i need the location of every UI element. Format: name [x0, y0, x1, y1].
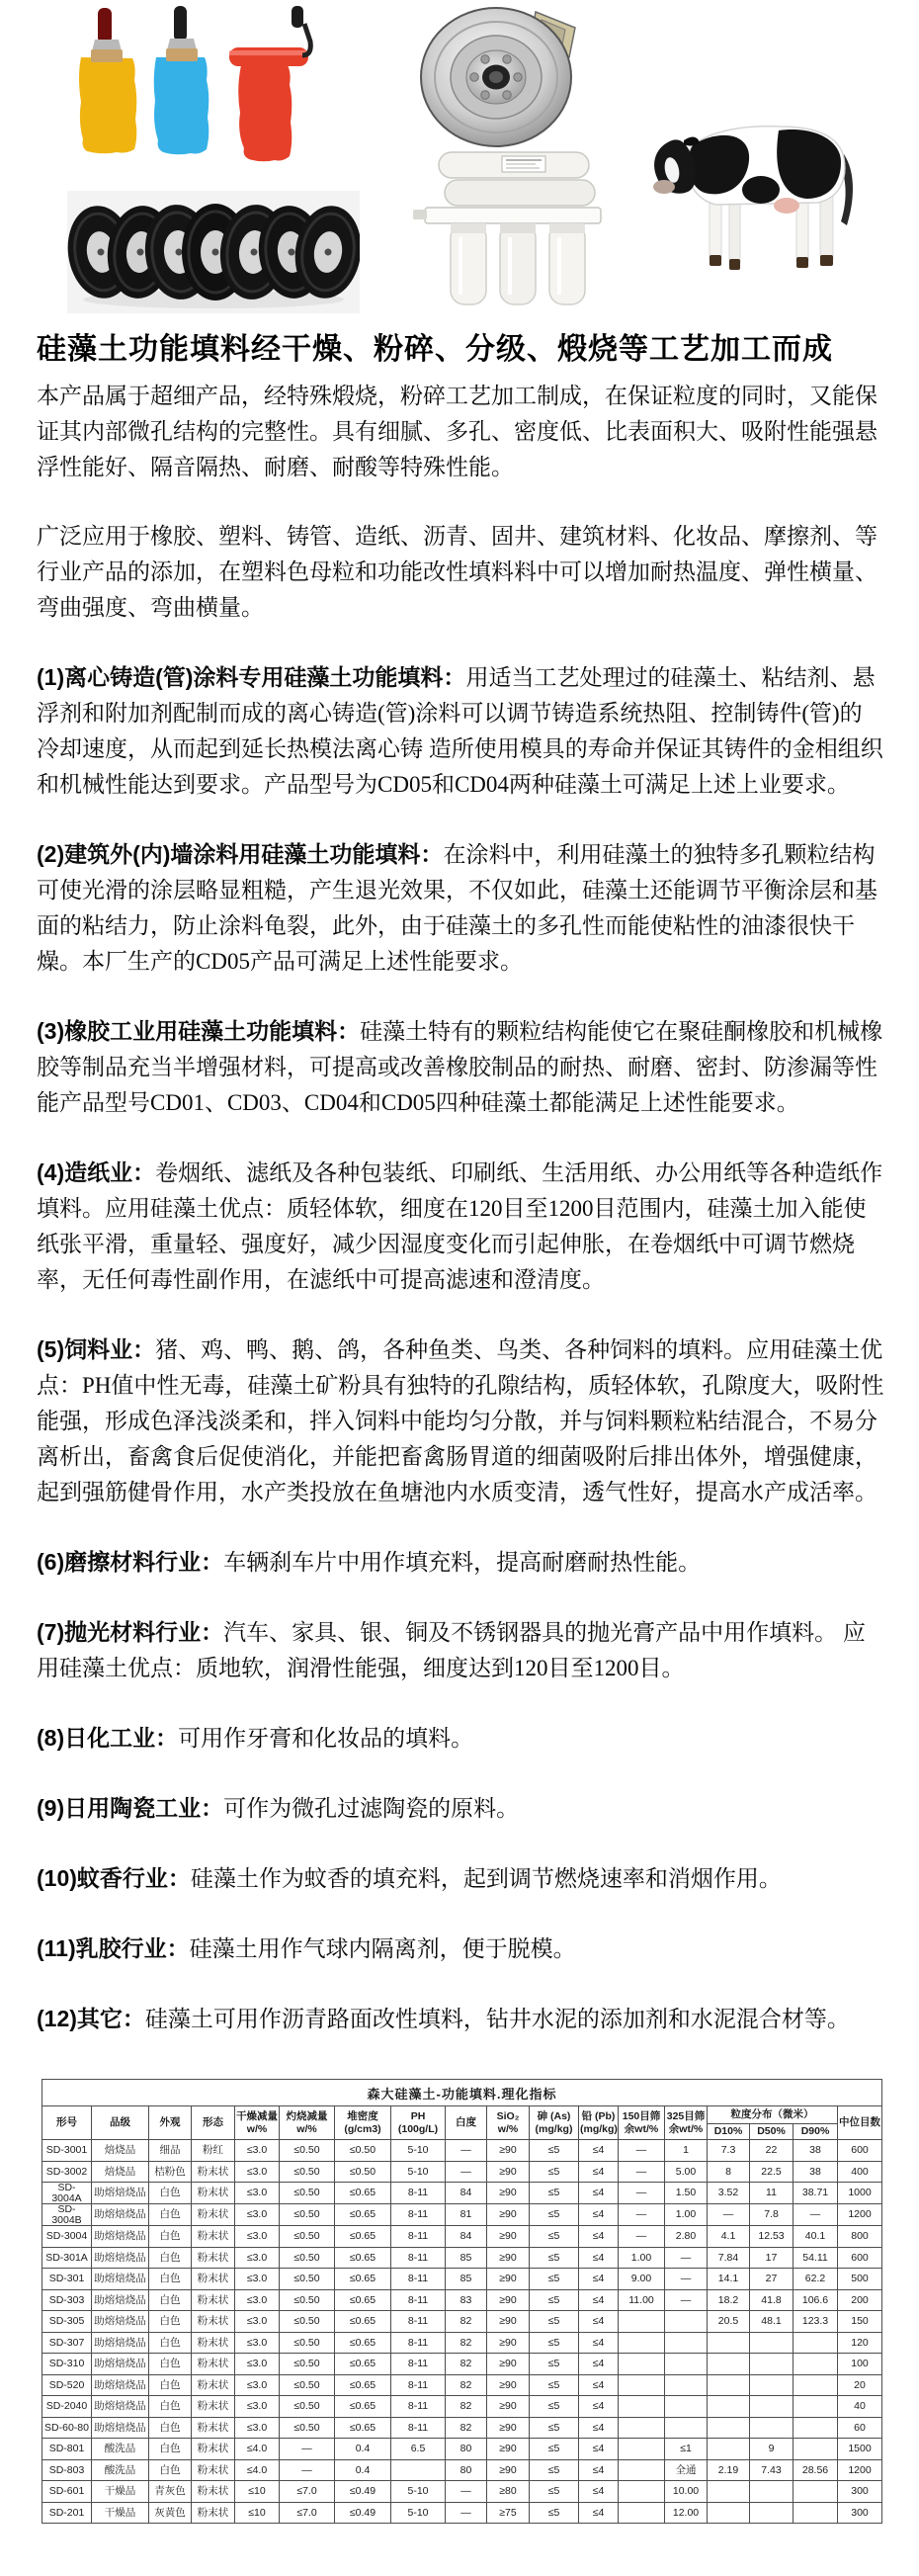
table-cell: ≥90 — [487, 2332, 530, 2354]
table-cell — [750, 2374, 794, 2396]
table-cell: 白色 — [149, 2226, 192, 2248]
table-cell: 粉末状 — [192, 2459, 235, 2481]
table-cell: ≥75 — [487, 2502, 530, 2524]
table-cell: SD-301 — [42, 2269, 92, 2290]
table-cell: 8-11 — [391, 2354, 446, 2375]
table-row: SD-3004A助熔焙烧品白色粉末状≤3.0≤0.50≤0.658-1184≥9… — [42, 2183, 882, 2204]
table-cell: 8-11 — [391, 2311, 446, 2333]
table-cell: 白色 — [149, 2396, 192, 2418]
table-cell: SD-3004 — [42, 2226, 92, 2248]
table-cell — [619, 2311, 665, 2333]
table-cell: 8 — [708, 2161, 750, 2183]
table-cell: ≥90 — [487, 2204, 530, 2226]
table-cell: 27 — [750, 2269, 794, 2290]
table-cell: ≥90 — [487, 2226, 530, 2248]
table-cell: ≤4 — [579, 2140, 619, 2162]
table-cell — [708, 2481, 750, 2503]
table-cell — [750, 2354, 794, 2375]
table-cell: 800 — [838, 2226, 882, 2248]
table-cell: 8-11 — [391, 2226, 446, 2248]
col-header-appearance: 外观 — [149, 2106, 192, 2140]
table-cell: SD-303 — [42, 2289, 92, 2311]
col-header-grade: 品级 — [92, 2106, 149, 2140]
table-cell: 1500 — [838, 2439, 882, 2460]
table-cell: 8-11 — [391, 2289, 446, 2311]
table-cell: ≤3.0 — [235, 2374, 280, 2396]
table-row: SD-305助熔焙烧品白色粉末状≤3.0≤0.50≤0.658-1182≥90≤… — [42, 2311, 882, 2333]
table-cell: ≤0.50 — [280, 2161, 335, 2183]
table-cell: ≤3.0 — [235, 2289, 280, 2311]
table-cell: ≤3.0 — [235, 2332, 280, 2354]
table-cell: — — [619, 2183, 665, 2204]
application-item-6: (6)磨擦材料行业：车辆刹车片中用作填充料，提高耐磨耐热性能。 — [37, 1544, 884, 1581]
table-cell: ≥90 — [487, 2439, 530, 2460]
table-cell: ≤0.50 — [280, 2140, 335, 2162]
table-cell: 8-11 — [391, 2396, 446, 2418]
table-cell — [794, 2439, 838, 2460]
application-item-2: (2)建筑外(内)墙涂料用硅藻土功能填料：在涂料中，利用硅藻土的独特多孔颗粒结构… — [37, 836, 884, 980]
table-cell: 38 — [794, 2140, 838, 2162]
table-cell: SD-3004B — [42, 2204, 92, 2226]
application-text: 卷烟纸、滤纸及各种包装纸、印刷纸、生活用纸、办公用纸等各种造纸作填料。应用硅藻土… — [37, 1160, 882, 1292]
table-cell: 粉末状 — [192, 2161, 235, 2183]
col-header-mesh325: 325目筛 余wt/% — [665, 2106, 708, 2140]
table-cell: 白色 — [149, 2374, 192, 2396]
application-label: (8)日化工业： — [37, 1725, 178, 1751]
table-cell: ≤4 — [579, 2481, 619, 2503]
table-cell: 80 — [446, 2439, 487, 2460]
table-cell: ≤5 — [530, 2247, 579, 2269]
application-text: 可用作牙膏和化妆品的填料。 — [178, 1726, 473, 1751]
col-header-bulk-density: 堆密度 (g/cm3) — [335, 2106, 391, 2140]
page-title: 硅藻土功能填料经干燥、粉碎、分级、煅烧等工艺加工而成 — [37, 324, 833, 368]
table-cell: ≤5 — [530, 2289, 579, 2311]
table-cell: 82 — [446, 2354, 487, 2375]
col-header-median-mesh: 中位目数 — [838, 2106, 882, 2140]
table-cell: ≤5 — [530, 2161, 579, 2183]
table-cell: SD-601 — [42, 2481, 92, 2503]
table-cell: SD-310 — [42, 2354, 92, 2375]
water-filter-image — [411, 146, 613, 316]
application-label: (7)抛光材料行业： — [37, 1619, 223, 1645]
table-cell — [794, 2481, 838, 2503]
paint-brushes-image — [40, 6, 328, 168]
table-cell: — — [446, 2161, 487, 2183]
application-text: 车辆刹车片中用作填充料，提高耐磨耐热性能。 — [223, 1550, 701, 1575]
table-cell: 5-10 — [391, 2502, 446, 2524]
table-cell: ≤0.65 — [335, 2417, 391, 2439]
application-item-3: (3)橡胶工业用硅藻土功能填料：硅藻土特有的颗粒结构能使它在聚硅酮橡胶和机械橡胶… — [37, 1013, 884, 1121]
table-cell — [665, 2417, 708, 2439]
table-cell: 酸洗品 — [92, 2459, 149, 2481]
table-cell: 17 — [750, 2247, 794, 2269]
col-header-model: 形号 — [42, 2106, 92, 2140]
table-cell: 150 — [838, 2311, 882, 2333]
table-cell: 28.56 — [794, 2459, 838, 2481]
table-cell: 0.4 — [335, 2439, 391, 2460]
table-cell — [619, 2332, 665, 2354]
application-label: (5)饲料业： — [37, 1336, 155, 1362]
table-cell: 5.00 — [665, 2161, 708, 2183]
table-cell: 干燥品 — [92, 2481, 149, 2503]
col-header-whiteness: 白度 — [446, 2106, 487, 2140]
table-cell: ≤3.0 — [235, 2226, 280, 2248]
table-cell: ≤4 — [579, 2396, 619, 2418]
table-cell: 6.5 — [391, 2439, 446, 2460]
table-cell: ≥90 — [487, 2247, 530, 2269]
table-cell: 84 — [446, 2183, 487, 2204]
table-header-row-1: 形号 品级 外观 形态 干燥减量 w/% 灼烧减量 w/% 堆密度 (g/cm3… — [42, 2106, 882, 2124]
table-cell: 焙烧品 — [92, 2161, 149, 2183]
table-cell: 助熔焙烧品 — [92, 2311, 149, 2333]
table-row: SD-307助熔焙烧品白色粉末状≤3.0≤0.50≤0.658-1182≥90≤… — [42, 2332, 882, 2354]
table-cell: SD-3002 — [42, 2161, 92, 2183]
table-cell: ≤0.50 — [335, 2161, 391, 2183]
table-cell: 粉末状 — [192, 2502, 235, 2524]
table-cell: ≤4.0 — [235, 2459, 280, 2481]
table-cell: 粉末状 — [192, 2289, 235, 2311]
table-row: SD-2040助熔焙烧品白色粉末状≤3.0≤0.50≤0.658-1182≥90… — [42, 2396, 882, 2418]
table-cell: 全通 — [665, 2459, 708, 2481]
table-cell: 白色 — [149, 2332, 192, 2354]
table-cell: 106.6 — [794, 2289, 838, 2311]
table-cell: ≤5 — [530, 2439, 579, 2460]
table-cell: ≥90 — [487, 2161, 530, 2183]
table-cell: 1.00 — [665, 2204, 708, 2226]
table-cell: — — [280, 2459, 335, 2481]
table-cell: 粉末状 — [192, 2226, 235, 2248]
table-cell: ≤0.65 — [335, 2183, 391, 2204]
table-cell: 2.80 — [665, 2226, 708, 2248]
spec-table-body: SD-3001焙烧品细品粉红≤3.0≤0.50≤0.505-10—≥90≤5≤4… — [42, 2140, 882, 2524]
table-cell: 1.50 — [665, 2183, 708, 2204]
table-cell: ≥90 — [487, 2396, 530, 2418]
table-cell: 助熔焙烧品 — [92, 2332, 149, 2354]
application-label: (12)其它： — [37, 2006, 145, 2031]
table-cell: ≤0.65 — [335, 2289, 391, 2311]
table-cell: 7.43 — [750, 2459, 794, 2481]
application-item-8: (8)日化工业：可用作牙膏和化妆品的填料。 — [37, 1720, 884, 1757]
tires-image — [67, 191, 360, 313]
intro-paragraph-2: 广泛应用于橡胶、塑料、铸管、造纸、沥青、固井、建筑材料、化妆品、摩擦剂、等行业产… — [37, 519, 884, 626]
table-cell: ≤0.50 — [280, 2226, 335, 2248]
table-cell: ≤1 — [665, 2439, 708, 2460]
table-cell: 600 — [838, 2247, 882, 2269]
table-cell: 9 — [750, 2439, 794, 2460]
table-cell: ≤3.0 — [235, 2183, 280, 2204]
table-cell: 粉末状 — [192, 2439, 235, 2460]
table-cell: 助熔焙烧品 — [92, 2247, 149, 2269]
table-cell: ≤4 — [579, 2439, 619, 2460]
table-cell: 粉末状 — [192, 2417, 235, 2439]
table-cell: 20.5 — [708, 2311, 750, 2333]
table-cell: 84 — [446, 2226, 487, 2248]
table-cell: 8-11 — [391, 2204, 446, 2226]
table-cell — [794, 2354, 838, 2375]
table-cell: ≤0.65 — [335, 2332, 391, 2354]
table-cell: 22 — [750, 2140, 794, 2162]
table-cell: 8-11 — [391, 2183, 446, 2204]
col-header-d90: D90% — [794, 2124, 838, 2140]
table-cell: 助熔焙烧品 — [92, 2374, 149, 2396]
table-cell: ≤7.0 — [280, 2502, 335, 2524]
application-item-5: (5)饲料业：猪、鸡、鸭、鹅、鸽，各种鱼类、鸟类、各种饲料的填料。应用硅藻土优点… — [37, 1331, 884, 1510]
table-cell: ≤3.0 — [235, 2417, 280, 2439]
col-header-lead: 铅 (Pb) (mg/kg) — [579, 2106, 619, 2140]
table-cell: 白色 — [149, 2354, 192, 2375]
table-cell: 7.8 — [750, 2204, 794, 2226]
table-cell: ≥90 — [487, 2269, 530, 2290]
table-row: SD-60-80助熔焙烧品白色粉末状≤3.0≤0.50≤0.658-1182≥9… — [42, 2417, 882, 2439]
table-cell: SD-2040 — [42, 2396, 92, 2418]
table-cell: — — [446, 2481, 487, 2503]
col-header-ph: PH (100g/L) — [391, 2106, 446, 2140]
table-cell: ≤4 — [579, 2183, 619, 2204]
table-cell: 助熔焙烧品 — [92, 2183, 149, 2204]
table-cell — [708, 2502, 750, 2524]
table-cell: ≥90 — [487, 2140, 530, 2162]
table-cell: 14.1 — [708, 2269, 750, 2290]
table-cell — [794, 2332, 838, 2354]
table-cell: 8-11 — [391, 2269, 446, 2290]
table-cell — [619, 2481, 665, 2503]
table-cell: SD-803 — [42, 2459, 92, 2481]
table-cell: 灰黄色 — [149, 2502, 192, 2524]
table-cell: ≤0.50 — [335, 2140, 391, 2162]
table-cell: ≤4 — [579, 2332, 619, 2354]
table-cell: 82 — [446, 2417, 487, 2439]
table-cell — [619, 2502, 665, 2524]
table-cell: ≥90 — [487, 2311, 530, 2333]
spec-table: 森大硅藻土-功能填料.理化指标 形号 品级 外观 形态 干燥减量 w/% 灼烧减… — [42, 2079, 882, 2524]
table-cell: ≤5 — [530, 2269, 579, 2290]
table-cell: ≤5 — [530, 2354, 579, 2375]
table-cell: 8-11 — [391, 2374, 446, 2396]
table-cell: ≤5 — [530, 2183, 579, 2204]
product-gallery — [0, 0, 919, 328]
table-cell: ≤4 — [579, 2311, 619, 2333]
table-cell: 白色 — [149, 2439, 192, 2460]
table-cell — [665, 2354, 708, 2375]
table-cell: 白色 — [149, 2269, 192, 2290]
table-cell — [708, 2417, 750, 2439]
table-cell: ≤3.0 — [235, 2354, 280, 2375]
table-cell: 助熔焙烧品 — [92, 2354, 149, 2375]
table-cell: ≤4 — [579, 2269, 619, 2290]
table-cell: 80 — [446, 2459, 487, 2481]
application-label: (4)造纸业： — [37, 1159, 155, 1185]
table-title-row: 森大硅藻土-功能填料.理化指标 — [42, 2080, 882, 2106]
table-cell — [665, 2374, 708, 2396]
table-cell: ≤5 — [530, 2481, 579, 2503]
table-cell: ≤5 — [530, 2332, 579, 2354]
col-header-sio2: SiO₂ w/% — [487, 2106, 530, 2140]
table-row: SD-803酸洗品白色粉末状≤4.0—0.480≥90≤5≤4全通2.197.4… — [42, 2459, 882, 2481]
table-cell: — — [665, 2269, 708, 2290]
table-cell: 85 — [446, 2269, 487, 2290]
table-cell: 粉末状 — [192, 2481, 235, 2503]
table-row: SD-201干燥品灰黄色粉末状≤10≤7.0≤0.495-10—≥75≤5≤41… — [42, 2502, 882, 2524]
table-cell: ≤0.65 — [335, 2226, 391, 2248]
table-cell: ≤0.50 — [280, 2247, 335, 2269]
application-text: 硅藻土用作气球内隔离剂，便于脱模。 — [190, 1936, 576, 1961]
table-row: SD-520助熔焙烧品白色粉末状≤3.0≤0.50≤0.658-1182≥90≤… — [42, 2374, 882, 2396]
table-row: SD-310助熔焙烧品白色粉末状≤3.0≤0.50≤0.658-1182≥90≤… — [42, 2354, 882, 2375]
table-cell: 600 — [838, 2140, 882, 2162]
table-cell: 助熔焙烧品 — [92, 2226, 149, 2248]
table-cell: 细品 — [149, 2140, 192, 2162]
table-cell: 400 — [838, 2161, 882, 2183]
table-cell: 82 — [446, 2396, 487, 2418]
table-row: SD-3004B助熔焙烧品白色粉末状≤3.0≤0.50≤0.658-1181≥9… — [42, 2204, 882, 2226]
table-cell: 85 — [446, 2247, 487, 2269]
table-cell: ≥90 — [487, 2289, 530, 2311]
table-cell: 83 — [446, 2289, 487, 2311]
table-cell: SD-305 — [42, 2311, 92, 2333]
table-cell: 助熔焙烧品 — [92, 2289, 149, 2311]
table-cell: ≤0.50 — [280, 2289, 335, 2311]
table-cell: ≤0.50 — [280, 2354, 335, 2375]
table-cell: ≤0.49 — [335, 2481, 391, 2503]
table-cell: SD-520 — [42, 2374, 92, 2396]
table-cell — [708, 2439, 750, 2460]
table-cell — [794, 2502, 838, 2524]
table-cell: — — [280, 2439, 335, 2460]
table-cell: 8-11 — [391, 2417, 446, 2439]
table-cell: ≤5 — [530, 2374, 579, 2396]
table-cell: — — [619, 2161, 665, 2183]
table-cell: 粉末状 — [192, 2396, 235, 2418]
table-cell — [750, 2502, 794, 2524]
table-title: 森大硅藻土-功能填料.理化指标 — [42, 2080, 882, 2106]
table-cell: 500 — [838, 2269, 882, 2290]
table-cell: 9.00 — [619, 2269, 665, 2290]
table-cell: 11.00 — [619, 2289, 665, 2311]
table-cell: 48.1 — [750, 2311, 794, 2333]
table-cell: ≤0.50 — [280, 2396, 335, 2418]
table-cell — [619, 2396, 665, 2418]
table-cell: ≤3.0 — [235, 2161, 280, 2183]
table-cell — [750, 2396, 794, 2418]
table-cell: — — [619, 2204, 665, 2226]
table-cell: ≤7.0 — [280, 2481, 335, 2503]
table-cell: 1200 — [838, 2459, 882, 2481]
col-header-arsenic: 砷 (As) (mg/kg) — [530, 2106, 579, 2140]
table-cell: — — [446, 2140, 487, 2162]
table-cell: ≤0.65 — [335, 2396, 391, 2418]
table-cell: 青灰色 — [149, 2481, 192, 2503]
table-cell: 粉末状 — [192, 2354, 235, 2375]
table-cell: SD-201 — [42, 2502, 92, 2524]
cow-image — [630, 101, 879, 281]
application-label: (6)磨擦材料行业： — [37, 1549, 223, 1575]
table-cell: 助熔焙烧品 — [92, 2269, 149, 2290]
table-cell — [794, 2396, 838, 2418]
table-cell — [708, 2332, 750, 2354]
table-cell: 粉末状 — [192, 2269, 235, 2290]
table-cell: 焙烧品 — [92, 2140, 149, 2162]
col-header-mesh150: 150目筛 余wt/% — [619, 2106, 665, 2140]
col-header-d10: D10% — [708, 2124, 750, 2140]
table-cell: 粉末状 — [192, 2247, 235, 2269]
application-label: (2)建筑外(内)墙涂料用硅藻土功能填料： — [37, 841, 443, 867]
table-cell: ≤0.65 — [335, 2269, 391, 2290]
col-header-form: 形态 — [192, 2106, 235, 2140]
table-cell: ≤4 — [579, 2226, 619, 2248]
table-cell: 82 — [446, 2332, 487, 2354]
table-cell — [619, 2459, 665, 2481]
table-cell: ≤4 — [579, 2459, 619, 2481]
application-item-7: (7)抛光材料行业：汽车、家具、银、铜及不锈钢器具的抛光膏产品中用作填料。 应用… — [37, 1614, 884, 1686]
table-cell: 粉末状 — [192, 2204, 235, 2226]
table-cell — [750, 2481, 794, 2503]
table-cell: 120 — [838, 2332, 882, 2354]
table-cell: ≤3.0 — [235, 2396, 280, 2418]
table-cell: 白色 — [149, 2183, 192, 2204]
spec-table-section: 森大硅藻土-功能填料.理化指标 形号 品级 外观 形态 干燥减量 w/% 灼烧减… — [42, 2079, 882, 2524]
table-cell: SD-3001 — [42, 2140, 92, 2162]
table-cell: 粉末状 — [192, 2311, 235, 2333]
brake-disc-image — [417, 4, 587, 150]
table-cell: 粉末状 — [192, 2183, 235, 2204]
table-cell: ≤3.0 — [235, 2204, 280, 2226]
table-cell: ≤0.65 — [335, 2247, 391, 2269]
application-label: (1)离心铸造(管)涂料专用硅藻土功能填料： — [37, 664, 465, 690]
table-cell: 1.00 — [619, 2247, 665, 2269]
col-header-psd-group: 粒度分布（微米） — [708, 2106, 838, 2124]
table-cell — [665, 2311, 708, 2333]
table-cell: ≤3.0 — [235, 2247, 280, 2269]
table-cell: ≤0.50 — [280, 2332, 335, 2354]
application-label: (9)日用陶瓷工业： — [37, 1795, 223, 1821]
table-cell: 38 — [794, 2161, 838, 2183]
table-cell: 62.2 — [794, 2269, 838, 2290]
table-cell: 81 — [446, 2204, 487, 2226]
table-cell: 5-10 — [391, 2481, 446, 2503]
table-row: SD-3001焙烧品细品粉红≤3.0≤0.50≤0.505-10—≥90≤5≤4… — [42, 2140, 882, 2162]
table-cell: 10.00 — [665, 2481, 708, 2503]
col-header-drying-loss: 干燥减量 w/% — [235, 2106, 280, 2140]
application-item-11: (11)乳胶行业：硅藻土用作气球内隔离剂，便于脱模。 — [37, 1931, 884, 1967]
table-cell — [665, 2396, 708, 2418]
table-cell: 5-10 — [391, 2161, 446, 2183]
table-cell: ≥90 — [487, 2417, 530, 2439]
table-cell — [750, 2332, 794, 2354]
product-page: 硅藻土功能填料经干燥、粉碎、分级、煅烧等工艺加工而成 本产品属于超细产品，经特殊… — [0, 0, 919, 2576]
table-cell: 8-11 — [391, 2332, 446, 2354]
table-cell — [619, 2439, 665, 2460]
table-row: SD-801酸洗品白色粉末状≤4.0—0.46.580≥90≤5≤4≤19150… — [42, 2439, 882, 2460]
table-cell: ≤0.50 — [280, 2204, 335, 2226]
table-cell: SD-307 — [42, 2332, 92, 2354]
table-cell: 40.1 — [794, 2226, 838, 2248]
table-cell: — — [708, 2204, 750, 2226]
application-text: 可作为微孔过滤陶瓷的原料。 — [223, 1796, 519, 1821]
table-cell: 20 — [838, 2374, 882, 2396]
table-cell: 200 — [838, 2289, 882, 2311]
table-row: SD-301助熔焙烧品白色粉末状≤3.0≤0.50≤0.658-1185≥90≤… — [42, 2269, 882, 2290]
table-cell: SD-801 — [42, 2439, 92, 2460]
table-cell — [619, 2417, 665, 2439]
application-label: (3)橡胶工业用硅藻土功能填料： — [37, 1018, 360, 1044]
table-cell: 40 — [838, 2396, 882, 2418]
description-text: 本产品属于超细产品，经特殊煅烧，粉碎工艺加工制成，在保证粒度的同时，又能保证其内… — [37, 379, 884, 2071]
table-cell: ≤5 — [530, 2396, 579, 2418]
table-cell: — — [665, 2247, 708, 2269]
table-cell: 粉红 — [192, 2140, 235, 2162]
table-cell: — — [619, 2226, 665, 2248]
table-cell: 82 — [446, 2311, 487, 2333]
